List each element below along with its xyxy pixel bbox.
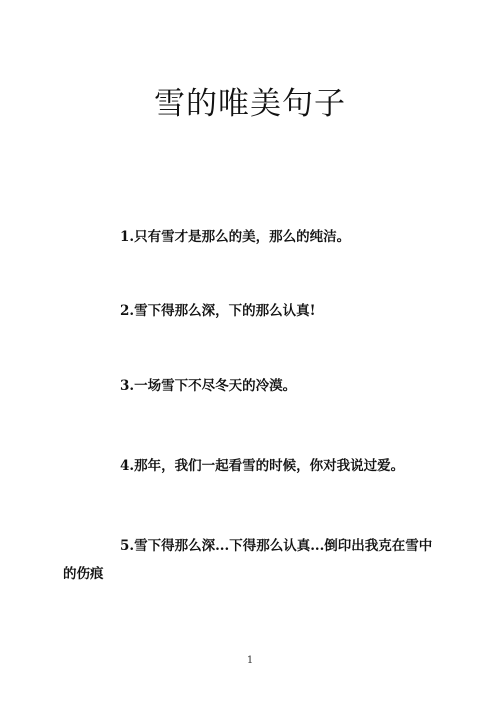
sentence-3: 3.一场雪下不尽冬天的冷漠。 (120, 377, 296, 395)
sentence-5: 5.雪下得那么深...下得那么认真...倒印出我克在雪中 (120, 537, 432, 555)
page-title: 雪的唯美句子 (0, 84, 500, 124)
page-number: 1 (0, 655, 500, 666)
document-page: 雪的唯美句子 1.只有雪才是那么的美，那么的纯洁。 2.雪下得那么深，下的那么认… (0, 0, 500, 707)
sentence-5-continuation: 的伤痕 (63, 565, 104, 583)
sentence-2: 2.雪下得那么深，下的那么认真! (120, 302, 316, 320)
sentence-1: 1.只有雪才是那么的美，那么的纯洁。 (120, 228, 350, 246)
sentence-4: 4.那年，我们一起看雪的时候，你对我说过爱。 (120, 457, 404, 475)
